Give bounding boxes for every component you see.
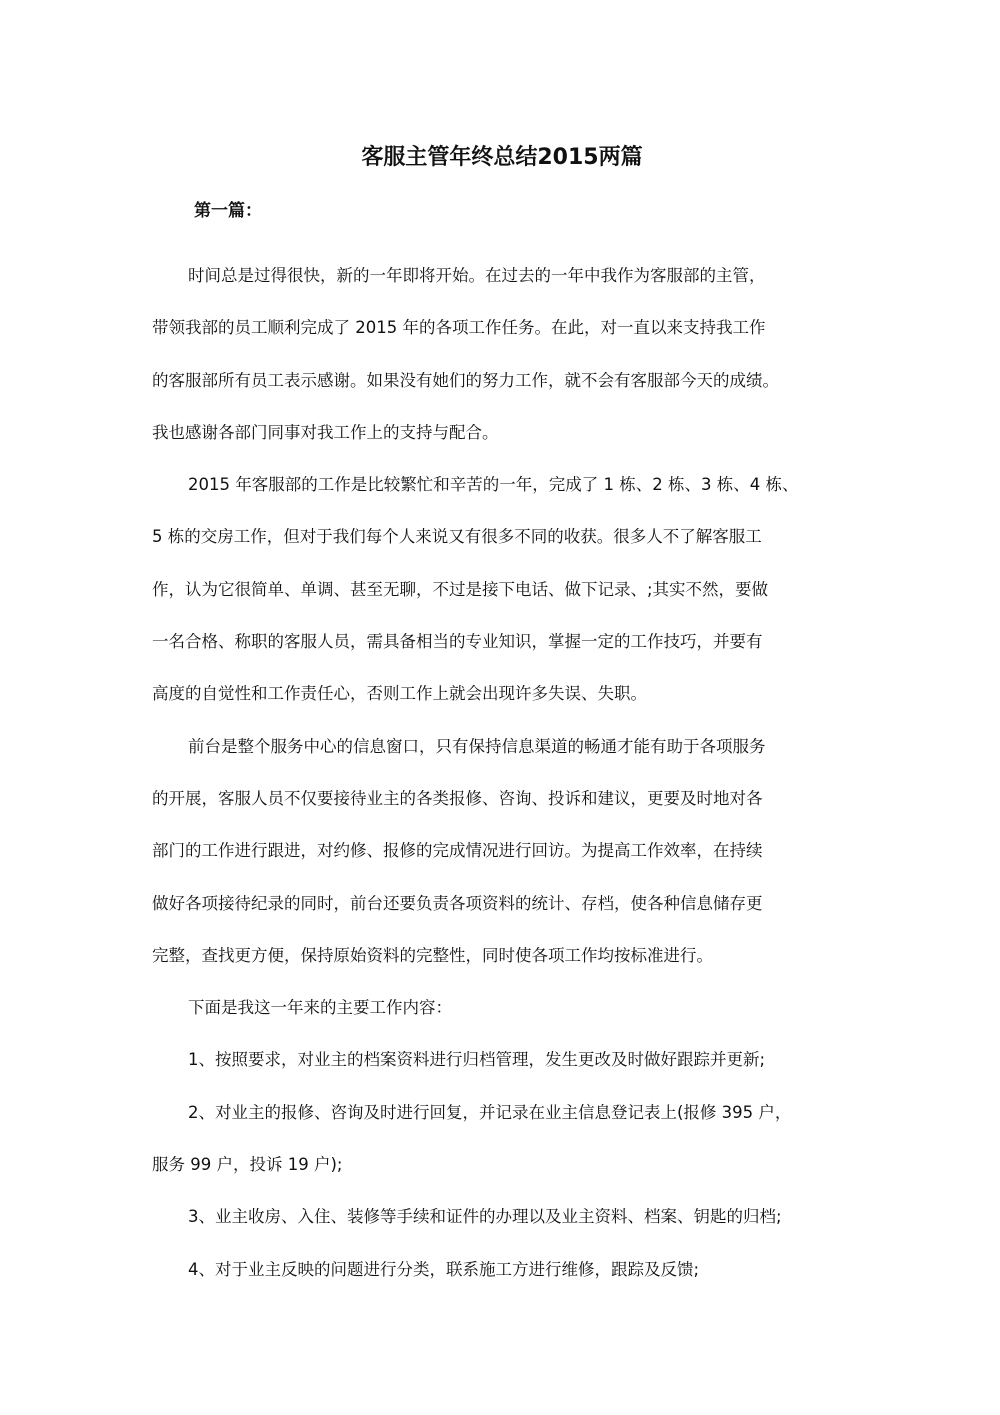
text-line: 作，认为它很简单、单调、甚至无聊，不过是接下电话、做下记录、;其实不然，要做 [152, 564, 852, 616]
list-item-2: 2、对业主的报修、咨询及时进行回复，并记录在业主信息登记表上(报修 395 户，… [152, 1087, 852, 1192]
text-line: 完整，查找更方便，保持原始资料的完整性，同时使各项工作均按标准进行。 [152, 930, 852, 982]
text-line: 2015 年客服部的工作是比较繁忙和辛苦的一年，完成了 1 栋、2 栋、3 栋、… [152, 459, 852, 511]
text-line: 部门的工作进行跟进，对约修、报修的完成情况进行回访。为提高工作效率，在持续 [152, 825, 852, 877]
text-line: 4、对于业主反映的问题进行分类，联系施工方进行维修，跟踪及反馈; [152, 1244, 852, 1296]
text-line: 时间总是过得很快，新的一年即将开始。在过去的一年中我作为客服部的主管， [152, 250, 852, 302]
text-line: 前台是整个服务中心的信息窗口，只有保持信息渠道的畅通才能有助于各项服务 [152, 721, 852, 773]
text-line: 1、按照要求，对业主的档案资料进行归档管理，发生更改及时做好跟踪并更新; [152, 1034, 852, 1086]
list-item-4: 4、对于业主反映的问题进行分类，联系施工方进行维修，跟踪及反馈; [152, 1244, 852, 1296]
section-heading: 第一篇： [194, 196, 262, 226]
paragraph-2015-work: 2015 年客服部的工作是比较繁忙和辛苦的一年，完成了 1 栋、2 栋、3 栋、… [152, 459, 852, 720]
document-title: 客服主管年终总结2015两篇 [152, 142, 852, 174]
text-line: 5 栋的交房工作，但对于我们每个人来说又有很多不同的收获。很多人不了解客服工 [152, 511, 852, 563]
text-line: 的客服部所有员工表示感谢。如果没有她们的努力工作，就不会有客服部今天的成绩。 [152, 355, 852, 407]
list-item-1: 1、按照要求，对业主的档案资料进行归档管理，发生更改及时做好跟踪并更新; [152, 1034, 852, 1086]
paragraph-work-intro: 下面是我这一年来的主要工作内容： [152, 982, 852, 1034]
text-line: 一名合格、称职的客服人员，需具备相当的专业知识，掌握一定的工作技巧，并要有 [152, 616, 852, 668]
text-line: 的开展，客服人员不仅要接待业主的各类报修、咨询、投诉和建议，更要及时地对各 [152, 773, 852, 825]
document-body: 时间总是过得很快，新的一年即将开始。在过去的一年中我作为客服部的主管， 带领我部… [152, 250, 852, 1296]
text-line: 我也感谢各部门同事对我工作上的支持与配合。 [152, 407, 852, 459]
list-item-3: 3、业主收房、入住、装修等手续和证件的办理以及业主资料、档案、钥匙的归档; [152, 1191, 852, 1243]
text-line: 2、对业主的报修、咨询及时进行回复，并记录在业主信息登记表上(报修 395 户， [152, 1087, 852, 1139]
text-line: 高度的自觉性和工作责任心，否则工作上就会出现许多失误、失职。 [152, 668, 852, 720]
text-line: 下面是我这一年来的主要工作内容： [152, 982, 852, 1034]
text-line: 做好各项接待纪录的同时，前台还要负责各项资料的统计、存档，使各种信息储存更 [152, 878, 852, 930]
text-line: 服务 99 户，投诉 19 户); [152, 1139, 852, 1191]
paragraph-front-desk: 前台是整个服务中心的信息窗口，只有保持信息渠道的畅通才能有助于各项服务 的开展，… [152, 721, 852, 982]
paragraph-intro: 时间总是过得很快，新的一年即将开始。在过去的一年中我作为客服部的主管， 带领我部… [152, 250, 852, 459]
text-line: 3、业主收房、入住、装修等手续和证件的办理以及业主资料、档案、钥匙的归档; [152, 1191, 852, 1243]
text-line: 带领我部的员工顺利完成了 2015 年的各项工作任务。在此，对一直以来支持我工作 [152, 302, 852, 354]
